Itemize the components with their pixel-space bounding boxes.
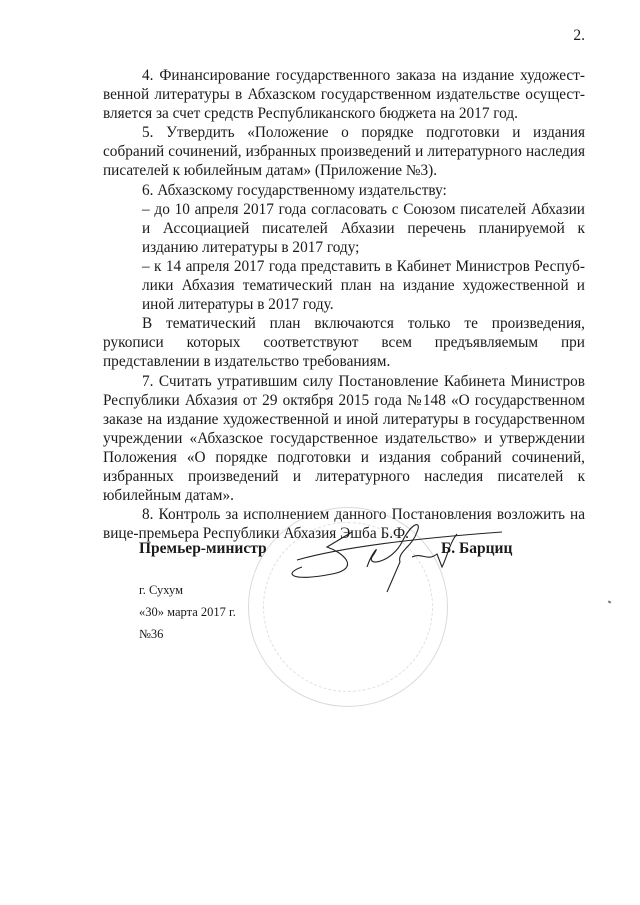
date-of-issue: «30» марта 2017 г. <box>139 605 236 620</box>
paragraph-6-item-a: – до 10 апреля 2017 года согласовать с С… <box>142 200 585 257</box>
place-of-issue: г. Сухум <box>139 583 183 598</box>
document-body: 4. Финансирование государственного заказ… <box>103 66 585 543</box>
paragraph-7: 7. Считать утратившим силу Постановление… <box>103 372 585 506</box>
paragraph-5: 5. Утвердить «Положение о порядке подгот… <box>103 123 585 180</box>
paragraph-6-item-b: – к 14 апреля 2017 года представить в Ка… <box>142 257 585 314</box>
signatory-name: Б. Барциц <box>441 540 512 558</box>
document-number: №36 <box>139 627 163 642</box>
signature-block: Премьер-министр Б. Барциц <box>139 540 599 660</box>
page-number: 2. <box>573 27 585 45</box>
signatory-title: Премьер-министр <box>139 540 267 558</box>
scan-artifact <box>608 600 612 603</box>
paragraph-6: 6. Абхазскому государственному издательс… <box>103 181 585 200</box>
paragraph-4: 4. Финансирование государственного заказ… <box>103 66 585 123</box>
paragraph-6-note: В тематический план включаются только те… <box>103 314 585 371</box>
